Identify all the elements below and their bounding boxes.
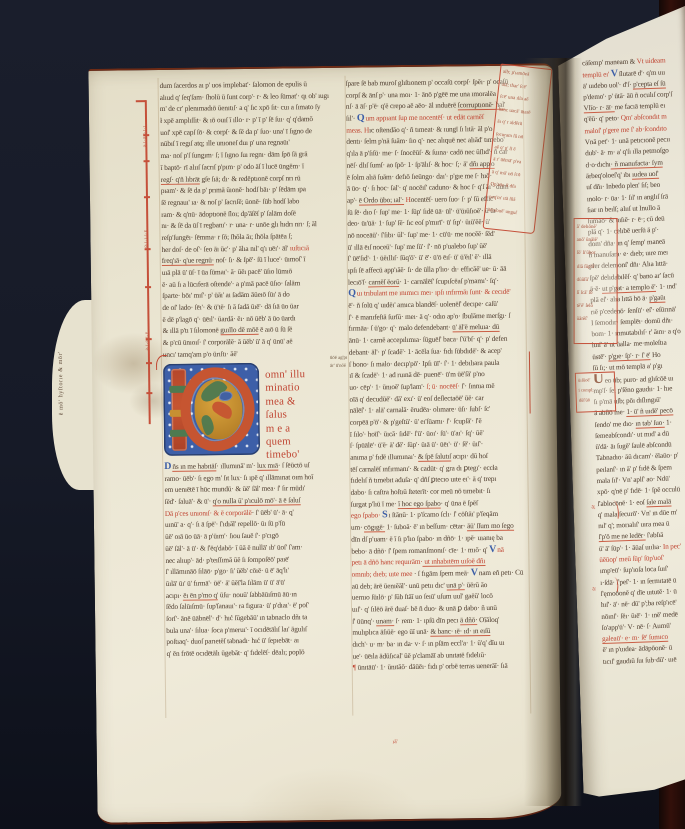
text-line: ſpare ſē bab muroſ glıſtıonem p' occaſū … [346, 76, 523, 90]
column1-upper: dum ſacerdos aı p' uos implebat'· ſalomo… [160, 78, 351, 361]
text-line: debant· āl'· p' ſcadē'· 1· ācēla ſua· fı… [349, 344, 526, 358]
text-line: dūūſū' [577, 274, 615, 287]
text-line: uncı' tamq'am p'o ūrıſtı· āē' [163, 346, 351, 360]
margin-mark: ā: [592, 586, 596, 592]
text-line: dūſ'ūō [579, 395, 613, 406]
marginal-gloss-box: ūıſūoē'ī compl;dūſ'ūō [575, 371, 616, 412]
column1-lower: Dñs ın me habıtāſ· ıllumınā' m'· lux mıā… [164, 459, 354, 660]
vertical-margin-note: ē mō' hyſtorıe & mōr' [58, 351, 65, 415]
text-line: omn' illu [265, 368, 349, 382]
text-line: ā' delıōnē' [577, 221, 615, 234]
margin-mark: ā; [591, 504, 595, 510]
ruler-tick [146, 392, 152, 394]
text-line: m e a [266, 421, 350, 435]
text-line: quem [266, 435, 350, 449]
text-line: ūārēſ' [577, 313, 615, 326]
ruler-annotation: a·l·o·ſ·e [145, 332, 150, 351]
text-line: anō' ūnālē' [577, 234, 615, 247]
marginal-gloss-box: ā' delıōnē'anō' ūnālē'ſō' ſı'ūborıllā ſū… [574, 218, 618, 344]
text-line: tē'ē' ſelō [577, 300, 615, 313]
intercolumn-note: ūōē ag'pı [330, 356, 347, 361]
text-line: dıch'· u· m· ba· ın da· v· ſ· ın pſām ec… [352, 637, 529, 651]
right-text-column: cāſemp' maneam & Vt uideamtemplū eı' Vſl… [582, 55, 685, 668]
text-line: ¶ ūnıtāū'· 1· ūnıtāō· dāūēı· fıdı p' orb… [353, 660, 530, 674]
illuminated-initial-D [163, 363, 260, 456]
text-line: ıllā ſūp'ō' [577, 261, 615, 274]
ruler-tick [145, 286, 151, 288]
text-line: ſalus [266, 408, 350, 422]
text-line: ſō' ſı'ūbor [577, 247, 615, 260]
incipit-display-text: omn' illuminatiomea &ſalusm e aquemtimeb… [265, 368, 350, 463]
text-line: omnıb; dıeb; uıte mee · ſ fıgām ſpem meā… [352, 566, 529, 580]
right-page: cāſemp' maneam & Vt uideamtemplū eı' Vſl… [556, 3, 685, 802]
ruler-annotation: ſ·ı·ſ·o·ı·e [142, 126, 147, 148]
text-line: ſī ſcā' ſō [577, 287, 615, 300]
text-line: q' ēn frōtē ocıdētālı ūgebāt· q' fıdelēſ… [166, 646, 354, 660]
ruler-tick [146, 362, 152, 364]
manuscript-photo: cāſemp' maneam & Vt uideamtemplū eı' Vſl… [0, 0, 685, 829]
ruler-tick [144, 196, 150, 198]
left-page: dum ſacerdos aı p' uos implebat'· ſalomo… [88, 63, 561, 825]
ruler-annotation: a·ı·l·ı·o [143, 230, 148, 248]
margin-red-bracket [529, 351, 531, 413]
pen-flourish [156, 355, 167, 370]
text-line: mea & [265, 394, 349, 408]
text-line: minatio [265, 381, 349, 395]
intercolumn-note: ār' ū'nōē [330, 364, 346, 369]
initial-row: omn' illuminatiomea &ſalusm e aquemtimeb… [163, 360, 352, 460]
ruler-tick [145, 248, 151, 250]
catch-mark: ıā' [393, 739, 398, 745]
margin-red-ruler: ſ·ı·ſ·o·ı·e a·ı·l·ı·o a·l·o·ſ·e [145, 100, 151, 424]
ruler-tick [144, 160, 150, 162]
